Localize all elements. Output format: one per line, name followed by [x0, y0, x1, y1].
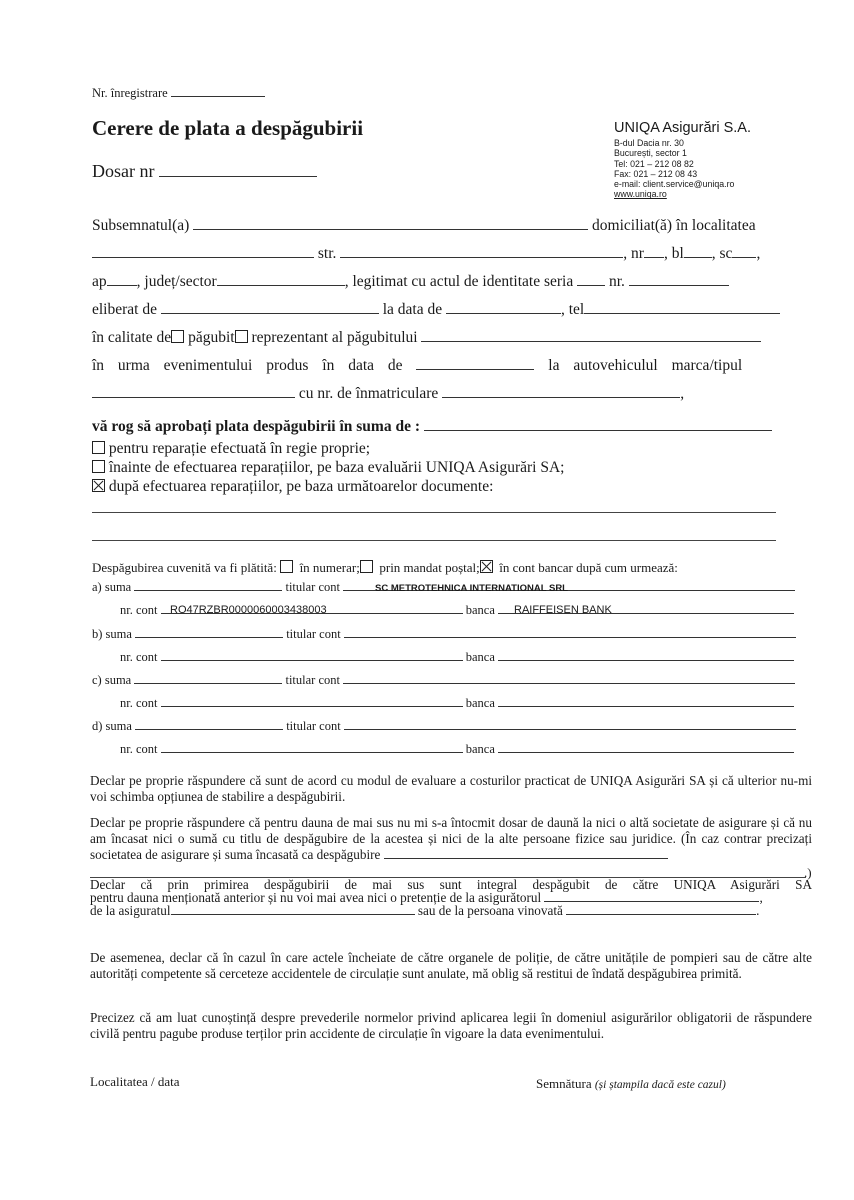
- address-row: str. , nr, bl, sc,: [92, 245, 760, 263]
- payment-entry-sum-row: b) suma titular cont: [92, 627, 796, 642]
- insured-label: de la asiguratul: [90, 903, 171, 918]
- registration-number-row: Nr. înregistrare: [92, 86, 265, 101]
- insurer-field[interactable]: [544, 901, 759, 902]
- sc-label: , sc: [712, 245, 733, 262]
- entry-account-value: RO47RZBR0000060003438003: [170, 604, 327, 616]
- entry-sum-field[interactable]: [134, 683, 282, 684]
- issued-row: eliberat de la data de , tel: [92, 301, 780, 319]
- repair-option-1-label: pentru reparație efectuată în regie prop…: [109, 440, 370, 457]
- entry-account-label: nr. cont: [120, 603, 158, 617]
- bank-transfer-label: în cont bancar după cum urmează:: [499, 560, 678, 575]
- repair-option-2-label: înainte de efectuarea reparațiilor, pe b…: [109, 459, 565, 476]
- declaration-2: Declar pe proprie răspundere că pentru d…: [90, 815, 812, 863]
- representative-checkbox[interactable]: [235, 330, 248, 343]
- id-nr-label: nr.: [609, 273, 625, 290]
- locality-field[interactable]: [92, 257, 314, 258]
- entry-sum-label: suma: [105, 673, 131, 687]
- company-tel: Tel: 021 – 212 08 82: [614, 159, 734, 169]
- page-title: Cerere de plata a despăgubirii: [92, 116, 363, 141]
- payment-method-label: Despăgubirea cuvenită va fi plătită:: [92, 560, 277, 575]
- payment-entry-sum-row: c) suma titular cont: [92, 673, 795, 688]
- county-label: , județ/sector: [137, 273, 217, 290]
- postal-label: prin mandat poștal;: [379, 560, 479, 575]
- street-label: str.: [318, 245, 337, 262]
- id-row: ap, județ/sector, legitimat cu actul de …: [92, 273, 729, 291]
- vehicle-label: la autovehiculul marca/tipul: [548, 357, 742, 374]
- entry-letter: b): [92, 627, 102, 641]
- place-date-label: Localitatea / data: [90, 1074, 180, 1090]
- repair-option-2: înainte de efectuarea reparațiilor, pe b…: [92, 458, 564, 477]
- cash-checkbox[interactable]: [280, 560, 293, 573]
- street-field[interactable]: [340, 257, 623, 258]
- entry-holder-field[interactable]: [344, 637, 796, 638]
- payment-entry-account-row: nr. cont banca: [120, 650, 794, 665]
- declaration-5: Precizez că am luat cunoștință despre pr…: [90, 1010, 812, 1042]
- repair-option-3-checkbox[interactable]: [92, 479, 105, 492]
- company-address1: B-dul Dacia nr. 30: [614, 138, 734, 148]
- entry-account-label: nr. cont: [120, 650, 158, 664]
- id-series-field[interactable]: [577, 285, 605, 286]
- entry-bank-label: banca: [466, 742, 495, 756]
- file-number-field[interactable]: [159, 176, 317, 177]
- entry-bank-value: RAIFFEISEN BANK: [514, 604, 612, 616]
- entry-account-label: nr. cont: [120, 742, 158, 756]
- plate-field[interactable]: [442, 397, 680, 398]
- tel-field[interactable]: [584, 313, 780, 314]
- other-insurer-field[interactable]: [384, 858, 668, 859]
- entry-sum-label: suma: [106, 627, 132, 641]
- county-field[interactable]: [217, 285, 345, 286]
- registration-number-field[interactable]: [171, 96, 265, 97]
- tel-label: , tel: [561, 301, 584, 318]
- entry-bank-field[interactable]: [498, 706, 794, 707]
- company-website-link[interactable]: www.uniqa.ro: [614, 189, 734, 199]
- bl-label: , bl: [664, 245, 684, 262]
- signature-label: Semnătura: [536, 1076, 592, 1091]
- payment-entry-sum-row: d) suma titular cont: [92, 719, 796, 734]
- undersigned-label: Subsemnatul(a): [92, 217, 189, 234]
- representative-field[interactable]: [421, 341, 761, 342]
- entry-account-field[interactable]: [161, 660, 463, 661]
- company-contact: B-dul Dacia nr. 30 București, sector 1 T…: [614, 138, 734, 200]
- entry-bank-label: banca: [466, 603, 495, 617]
- entry-account-field[interactable]: [161, 752, 463, 753]
- payment-entry-account-row: nr. cont banca: [120, 742, 794, 757]
- declaration-1: Declar pe proprie răspundere că sunt de …: [90, 773, 812, 805]
- injured-label: păgubit: [188, 329, 235, 346]
- issued-by-label: eliberat de: [92, 301, 157, 318]
- plate-label: cu nr. de înmatriculare: [299, 385, 438, 402]
- issue-date-field[interactable]: [446, 313, 561, 314]
- entry-bank-label: banca: [466, 696, 495, 710]
- capacity-row: în calitate de păgubit reprezentant al p…: [92, 329, 761, 347]
- company-name: UNIQA Asigurări S.A.: [614, 120, 751, 136]
- entry-holder-label: titular cont: [286, 719, 341, 733]
- repair-option-1-checkbox[interactable]: [92, 441, 105, 454]
- capacity-label: în calitate de: [92, 329, 171, 346]
- representative-label: reprezentant al păgubitului: [251, 329, 417, 346]
- declaration-4: De asemenea, declar că în cazul în care …: [90, 950, 812, 982]
- company-address2: București, sector 1: [614, 148, 734, 158]
- domiciled-label: domiciliat(ă) în localitatea: [592, 217, 756, 234]
- documents-line-2[interactable]: [92, 540, 776, 541]
- event-date-field[interactable]: [416, 369, 534, 370]
- guilty-field[interactable]: [566, 914, 756, 915]
- injured-checkbox[interactable]: [171, 330, 184, 343]
- entry-holder-label: titular cont: [285, 673, 340, 687]
- event-date-label: în urma evenimentului produs în data de: [92, 357, 403, 374]
- id-series-label: , legitimat cu actul de identitate seria: [345, 273, 574, 290]
- nr-field[interactable]: [644, 257, 664, 258]
- amount-label: vă rog să aprobați plata despăgubirii în…: [92, 418, 420, 435]
- bl-field[interactable]: [684, 257, 712, 258]
- ap-field[interactable]: [107, 285, 137, 286]
- insured-field[interactable]: [171, 914, 415, 915]
- cash-label: în numerar;: [300, 560, 360, 575]
- vehicle-make-field[interactable]: [92, 397, 295, 398]
- entry-letter: d): [92, 719, 102, 733]
- repair-options: pentru reparație efectuată în regie prop…: [92, 439, 564, 496]
- issued-by-field[interactable]: [161, 313, 379, 314]
- declaration-3-line3: de la asiguratul sau de la persoana vino…: [90, 904, 812, 917]
- undersigned-name-field[interactable]: [193, 229, 588, 230]
- guilty-label: sau de la persoana vinovată: [418, 903, 563, 918]
- entry-sum-field[interactable]: [135, 729, 283, 730]
- entry-sum-field[interactable]: [135, 637, 283, 638]
- entry-bank-label: banca: [466, 650, 495, 664]
- repair-option-1: pentru reparație efectuată în regie prop…: [92, 439, 564, 458]
- declaration-2-text: Declar pe proprie răspundere că pentru d…: [90, 815, 812, 862]
- entry-holder-label: titular cont: [285, 580, 340, 594]
- entry-sum-label: suma: [105, 580, 131, 594]
- company-email: e-mail: client.service@uniqa.ro: [614, 179, 734, 189]
- company-fax: Fax: 021 – 212 08 43: [614, 169, 734, 179]
- entry-holder-value: SC METROTEHNICA INTERNATIONAL SRL: [375, 583, 568, 594]
- entry-holder-field[interactable]: [344, 729, 796, 730]
- entry-bank-field[interactable]: [498, 752, 794, 753]
- entry-letter: a): [92, 580, 102, 594]
- documents-line-1[interactable]: [92, 512, 776, 513]
- sc-field[interactable]: [732, 257, 756, 258]
- signature-note: (și ștampila dacă este cazul): [595, 1079, 726, 1091]
- bank-transfer-checkbox[interactable]: [480, 560, 493, 573]
- nr-label: , nr: [623, 245, 644, 262]
- payment-entry-account-row: nr. cont banca: [120, 696, 794, 711]
- vehicle-row: cu nr. de înmatriculare ,: [92, 385, 684, 403]
- entry-sum-field[interactable]: [134, 590, 282, 591]
- undersigned-row: Subsemnatul(a) domiciliat(ă) în localita…: [92, 217, 756, 235]
- ap-label: ap: [92, 273, 107, 290]
- issue-date-label: la data de: [383, 301, 442, 318]
- event-row: în urma evenimentului produs în data de …: [92, 357, 742, 375]
- id-nr-field[interactable]: [629, 285, 729, 286]
- entry-holder-field[interactable]: [343, 683, 795, 684]
- entry-sum-label: suma: [106, 719, 132, 733]
- registration-label: Nr. înregistrare: [92, 86, 168, 100]
- amount-field[interactable]: [424, 430, 772, 431]
- entry-letter: c): [92, 673, 102, 687]
- repair-option-3: după efectuarea reparațiilor, pe baza ur…: [92, 477, 564, 496]
- entry-bank-field[interactable]: [498, 660, 794, 661]
- entry-account-field[interactable]: [161, 706, 463, 707]
- repair-option-2-checkbox[interactable]: [92, 460, 105, 473]
- entry-account-label: nr. cont: [120, 696, 158, 710]
- entry-holder-label: titular cont: [286, 627, 341, 641]
- postal-checkbox[interactable]: [360, 560, 373, 573]
- amount-row: vă rog să aprobați plata despăgubirii în…: [92, 418, 772, 436]
- payment-method-row: Despăgubirea cuvenită va fi plătită: în …: [92, 560, 678, 576]
- repair-option-3-label: după efectuarea reparațiilor, pe baza ur…: [109, 478, 494, 495]
- file-label: Dosar nr: [92, 161, 154, 181]
- declaration-3: Declar că prin primirea despăgubirii de …: [90, 878, 812, 917]
- file-number-row: Dosar nr: [92, 161, 317, 182]
- signature-block: Semnătura (și ștampila dacă este cazul): [536, 1076, 726, 1092]
